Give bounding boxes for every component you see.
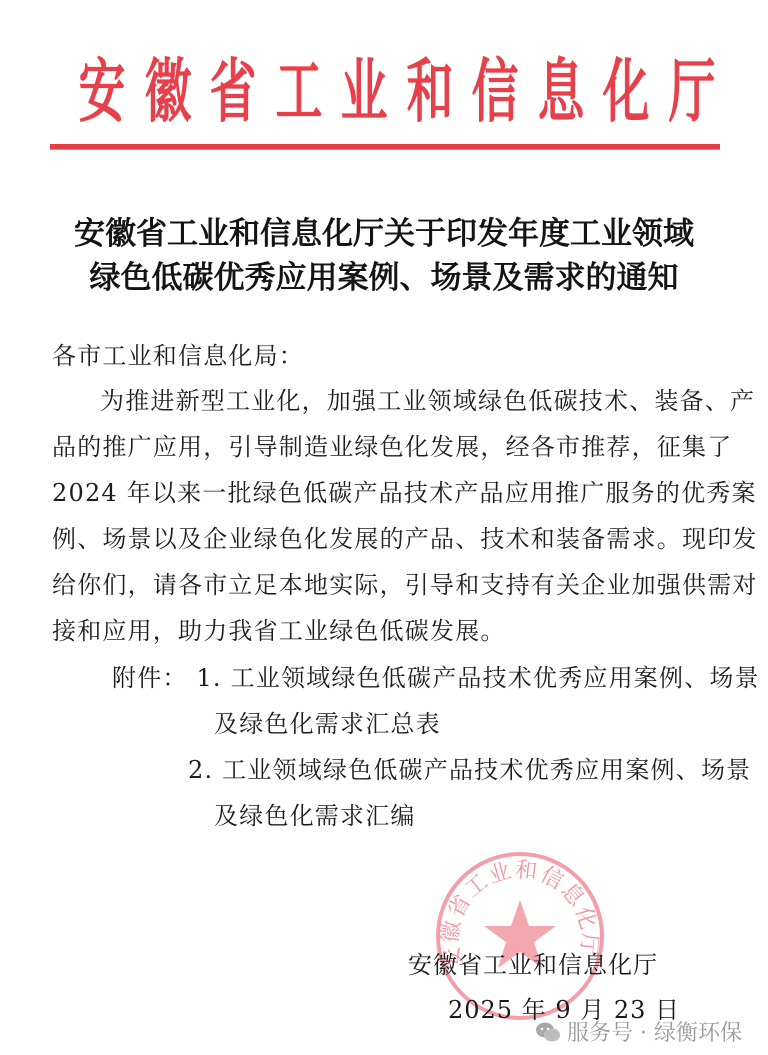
paragraph-line: 例、场景以及企业绿色化发展的产品、技术和装备需求。现印发 — [52, 516, 712, 562]
masthead-char: 业 — [341, 37, 388, 136]
document-title-line-2: 绿色低碳优秀应用案例、场景及需求的通知 — [40, 256, 728, 300]
body-paragraph: 为推进新型工业化，加强工业领域绿色低碳技术、装备、产 品的推广应用，引导制造业绿… — [52, 378, 712, 654]
paragraph-line: 品的推广应用，引导制造业绿色化发展，经各市推荐，征集了 — [52, 424, 712, 470]
masthead-char: 和 — [406, 37, 453, 136]
attachment-number: 2. — [188, 756, 213, 784]
masthead-char: 信 — [472, 37, 519, 136]
paragraph-line: 为推进新型工业化，加强工业领域绿色低碳技术、装备、产 — [52, 378, 712, 424]
masthead-divider — [50, 144, 720, 150]
attachment-title-cont: 及绿色化需求汇编 — [112, 793, 732, 839]
wechat-icon — [535, 1021, 561, 1043]
masthead-char: 省 — [210, 37, 257, 136]
masthead-title: 安 徽 省 工 业 和 信 息 化 厅 — [72, 40, 722, 132]
paragraph-line: 接和应用，助力我省工业绿色低碳发展。 — [52, 608, 712, 654]
issuer-signature: 安徽省工业和信息化厅 — [408, 945, 658, 980]
masthead-char: 化 — [603, 37, 650, 136]
attachment-item-2: 2. 工业领域绿色低碳产品技术优秀应用案例、场景 — [112, 747, 732, 793]
masthead-char: 安 — [79, 37, 126, 136]
attachment-number: 1. — [196, 664, 221, 692]
attachment-title: 工业领域绿色低碳产品技术优秀应用案例、场景 — [231, 664, 760, 692]
paragraph-line: 2024 年以来一批绿色低碳产品技术产品应用推广服务的优秀案 — [52, 470, 712, 516]
masthead-char: 息 — [537, 37, 584, 136]
attachment-item-1: 附件： 1. 工业领域绿色低碳产品技术优秀应用案例、场景 — [112, 655, 732, 701]
masthead-char: 徽 — [144, 37, 191, 136]
attachment-title: 工业领域绿色低碳产品技术优秀应用案例、场景 — [222, 756, 751, 784]
paragraph-line: 给你们，请各市立足本地实际，引导和支持有关企业加强供需对 — [52, 562, 712, 608]
attachments-list: 附件： 1. 工业领域绿色低碳产品技术优秀应用案例、场景 及绿色化需求汇总表 2… — [112, 655, 732, 839]
attachments-label: 附件： — [112, 664, 188, 692]
masthead-char: 工 — [275, 37, 322, 136]
watermark-text: 服务号 · 绿衡环保 — [567, 1016, 742, 1047]
wechat-watermark: 服务号 · 绿衡环保 — [535, 1016, 742, 1047]
salutation: 各市工业和信息化局： — [52, 333, 712, 379]
attachment-title-cont: 及绿色化需求汇总表 — [112, 701, 732, 747]
masthead-char: 厅 — [669, 37, 716, 136]
document-title-line-1: 安徽省工业和信息化厅关于印发年度工业领域 — [40, 212, 728, 256]
